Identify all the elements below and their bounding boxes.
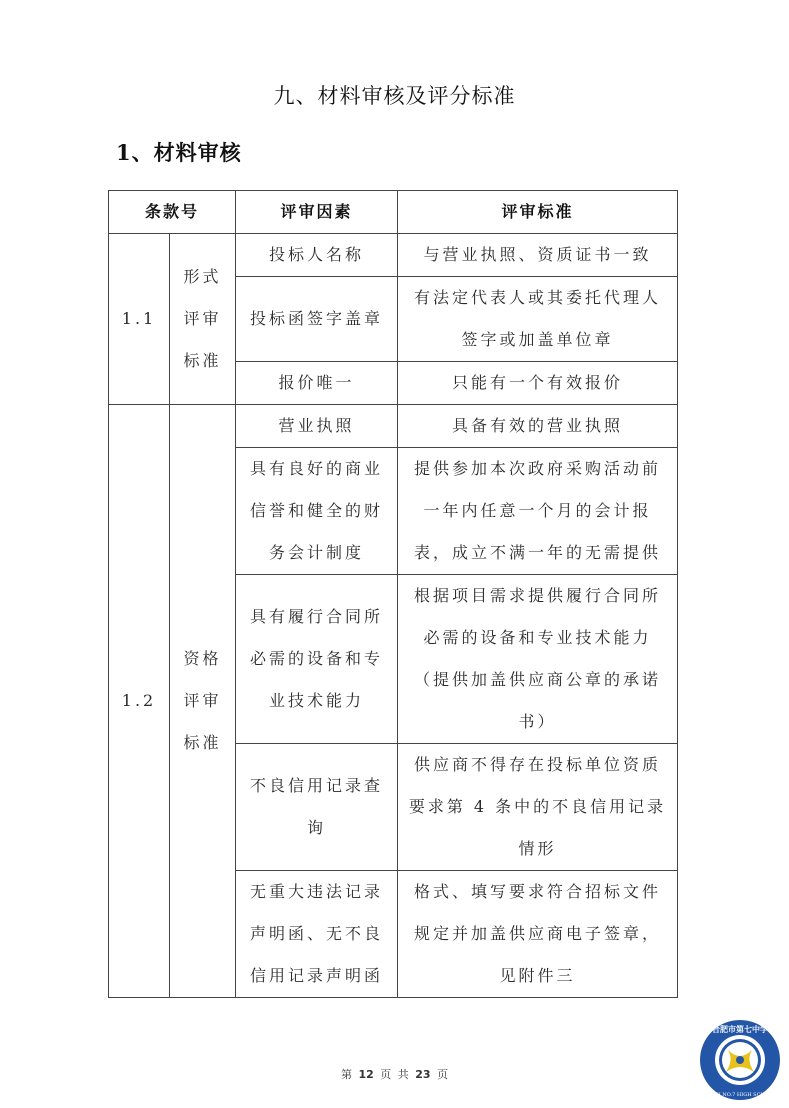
section-heading: 1、材料审核 — [116, 137, 242, 167]
factor-cell: 不良信用记录查询 — [236, 744, 398, 871]
table-header-row: 条款号 评审因素 评审标准 — [109, 191, 678, 234]
clause-number: 1.2 — [109, 405, 170, 998]
school-logo: 合肥市第七中学 HEFEI NO.7 HIGH SCHOOL — [698, 1018, 782, 1102]
svg-text:合肥市第七中学: 合肥市第七中学 — [712, 1024, 768, 1034]
standard-cell: 格式、填写要求符合招标文件规定并加盖供应商电子签章，见附件三 — [398, 871, 678, 998]
factor-cell: 具有履行合同所必需的设备和专业技术能力 — [236, 575, 398, 744]
review-criteria-table: 条款号 评审因素 评审标准 1.1 形式 评审 标准 投标人名称 与营业执照、资… — [108, 190, 678, 998]
category-line: 标准 — [178, 722, 227, 764]
clause-number: 1.1 — [109, 234, 170, 405]
standard-cell: 提供参加本次政府采购活动前一年内任意一个月的会计报表，成立不满一年的无需提供 — [398, 448, 678, 575]
category-line: 形式 — [178, 256, 227, 298]
category-line: 评审 — [178, 298, 227, 340]
factor-cell: 投标人名称 — [236, 234, 398, 277]
table-row: 1.1 形式 评审 标准 投标人名称 与营业执照、资质证书一致 — [109, 234, 678, 277]
factor-cell: 营业执照 — [236, 405, 398, 448]
footer-prefix: 第 — [341, 1068, 352, 1081]
category-line: 标准 — [178, 340, 227, 382]
factor-cell: 投标函签字盖章 — [236, 277, 398, 362]
standard-cell: 只能有一个有效报价 — [398, 362, 678, 405]
table-row: 1.2 资格 评审 标准 营业执照 具备有效的营业执照 — [109, 405, 678, 448]
page-footer: 第 12 页 共 23 页 — [0, 1066, 789, 1082]
category-line: 资格 — [178, 638, 227, 680]
standard-cell: 有法定代表人或其委托代理人签字或加盖单位章 — [398, 277, 678, 362]
category-cell: 资格 评审 标准 — [170, 405, 236, 998]
factor-cell: 报价唯一 — [236, 362, 398, 405]
standard-cell: 具备有效的营业执照 — [398, 405, 678, 448]
total-pages-number: 23 — [415, 1068, 430, 1081]
footer-middle: 页 共 — [380, 1068, 409, 1081]
category-line: 评审 — [178, 680, 227, 722]
header-factor: 评审因素 — [236, 191, 398, 234]
footer-suffix: 页 — [437, 1068, 448, 1081]
category-cell: 形式 评审 标准 — [170, 234, 236, 405]
factor-cell: 具有良好的商业信誉和健全的财务会计制度 — [236, 448, 398, 575]
svg-text:HEFEI NO.7 HIGH SCHOOL: HEFEI NO.7 HIGH SCHOOL — [704, 1092, 777, 1098]
document-title: 九、材料审核及评分标准 — [0, 80, 789, 110]
standard-cell: 与营业执照、资质证书一致 — [398, 234, 678, 277]
school-emblem-icon: 合肥市第七中学 HEFEI NO.7 HIGH SCHOOL — [698, 1018, 782, 1102]
header-clause: 条款号 — [109, 191, 236, 234]
standard-cell: 根据项目需求提供履行合同所必需的设备和专业技术能力（提供加盖供应商公章的承诺书） — [398, 575, 678, 744]
current-page-number: 12 — [358, 1068, 373, 1081]
standard-cell: 供应商不得存在投标单位资质要求第 4 条中的不良信用记录情形 — [398, 744, 678, 871]
header-standard: 评审标准 — [398, 191, 678, 234]
factor-cell: 无重大违法记录声明函、无不良信用记录声明函 — [236, 871, 398, 998]
